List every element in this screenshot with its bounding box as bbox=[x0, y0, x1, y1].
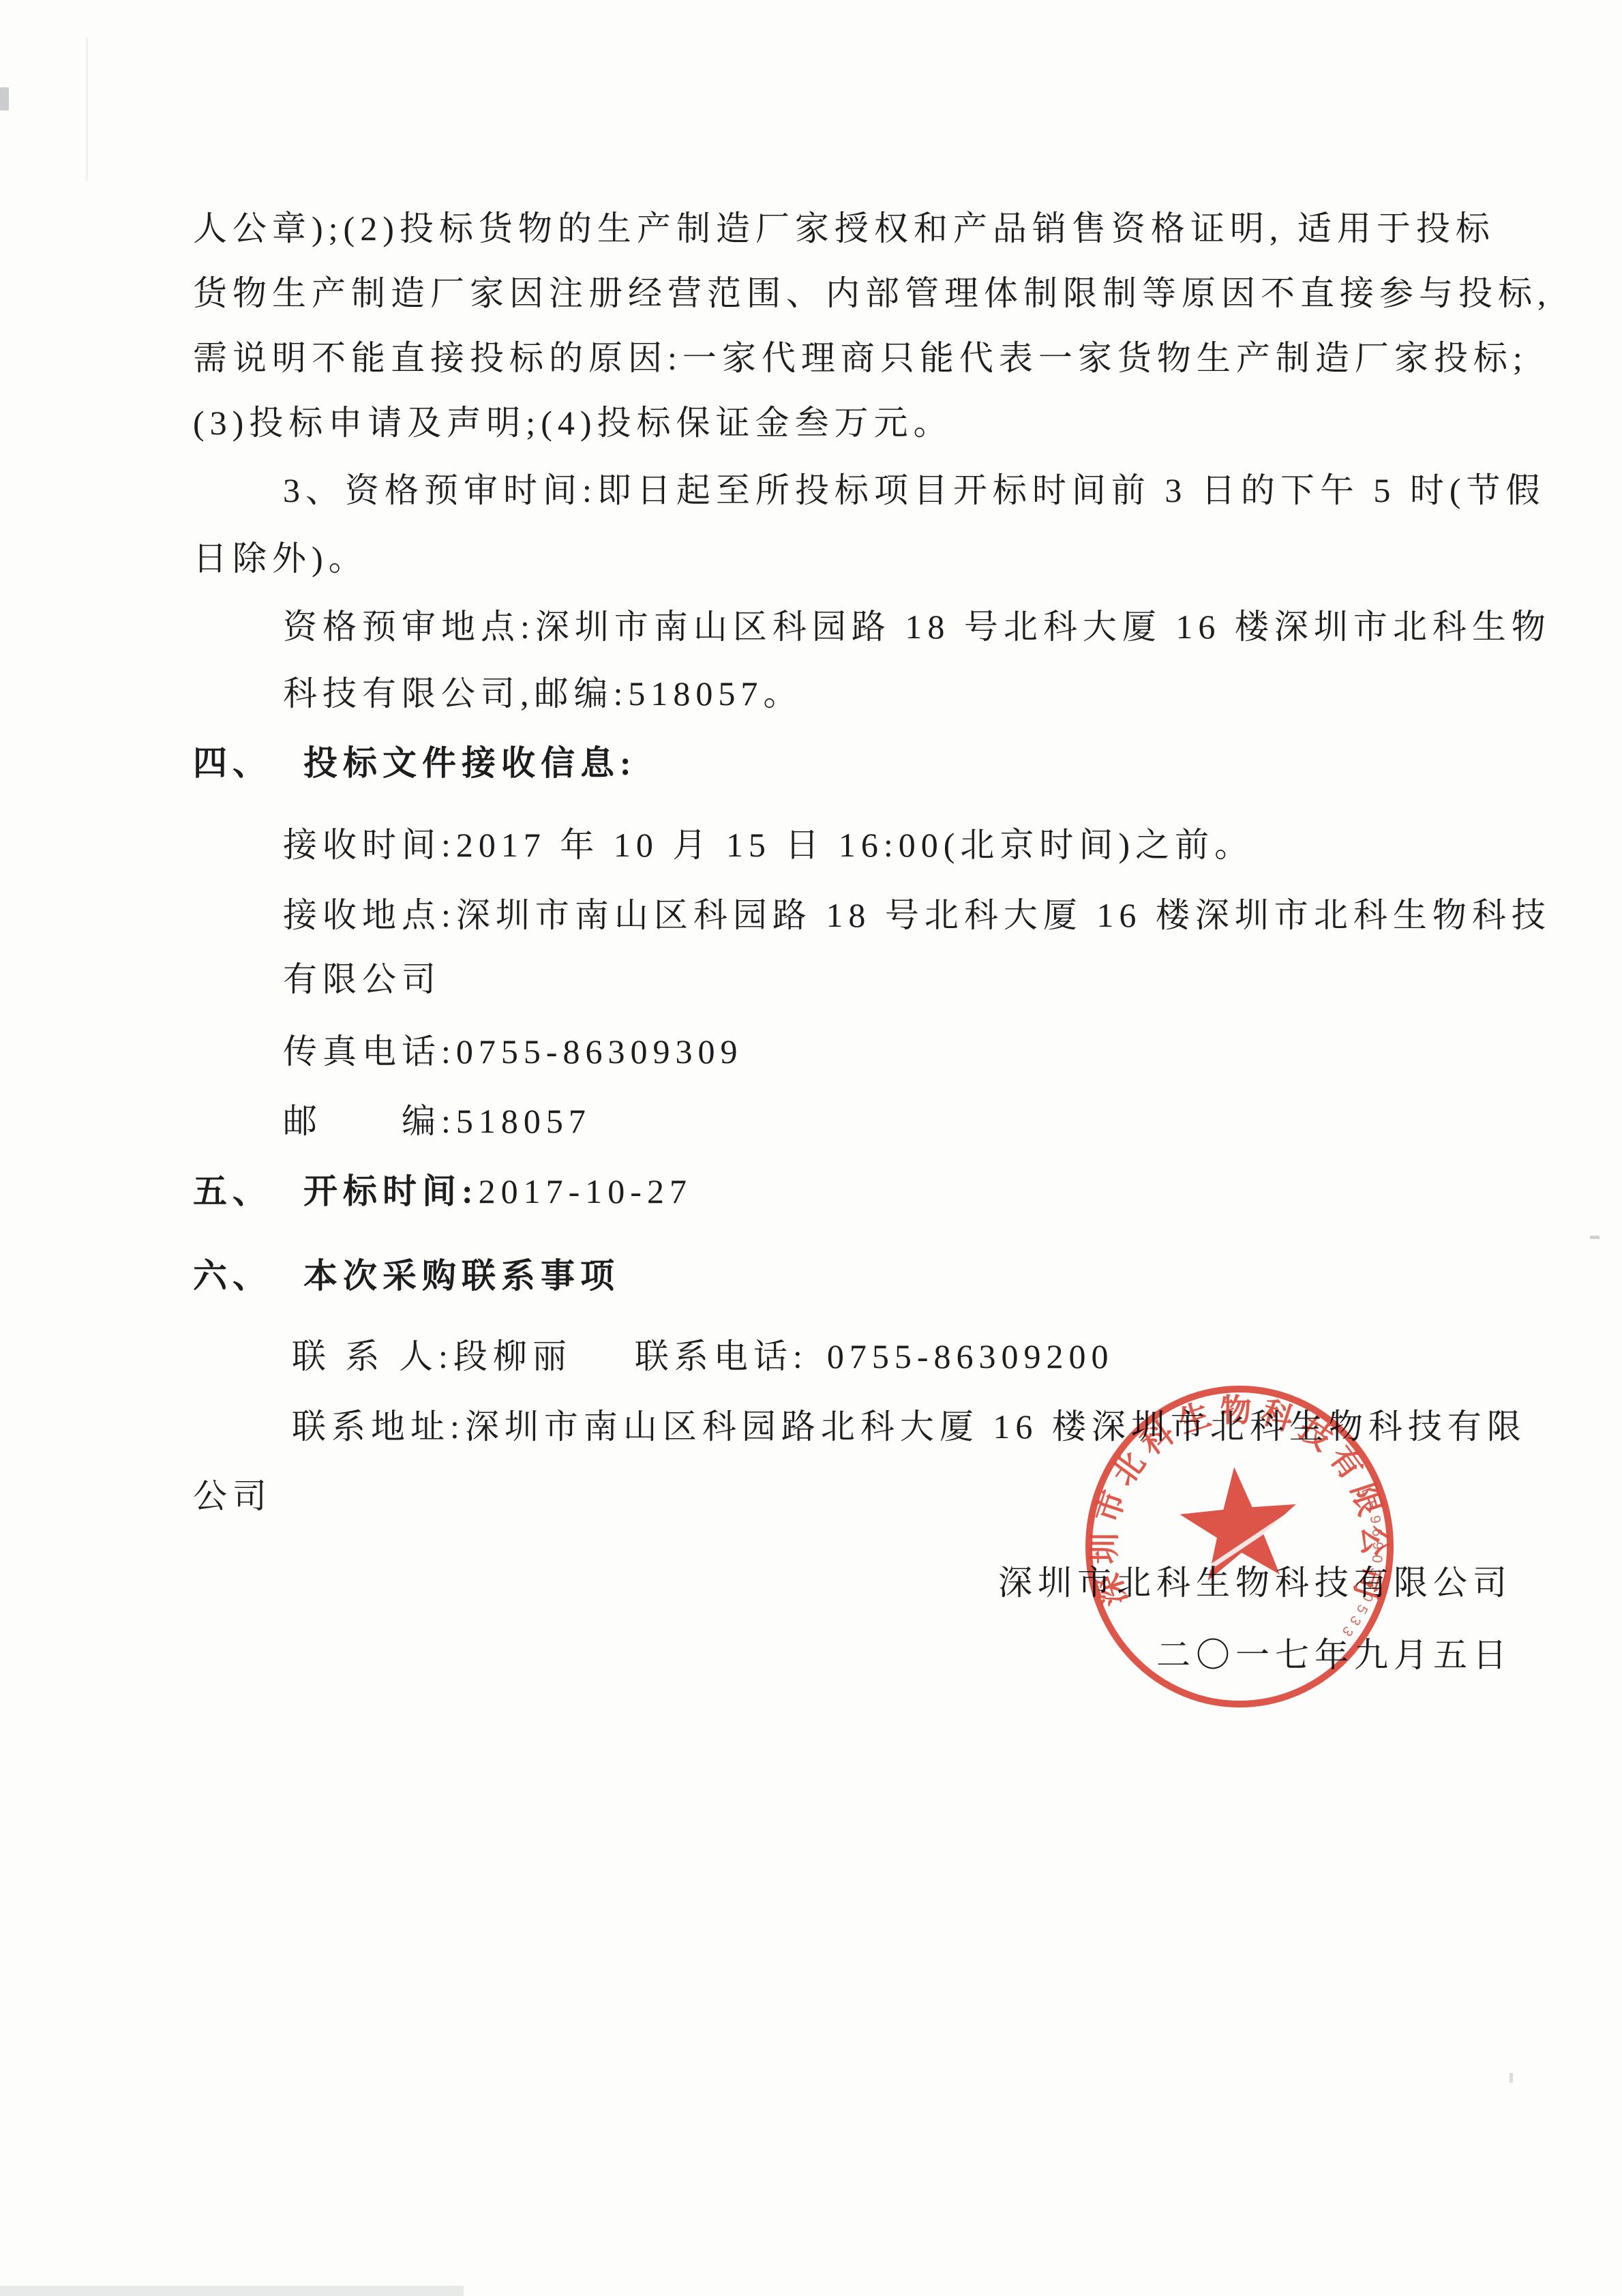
contact-addr-line1: 联系地址:深圳市南山区科园路北科大厦 16 楼深圳市北科生物科技有限 bbox=[292, 1407, 1527, 1446]
para1-line3: 需说明不能直接投标的原因:一家代理商只能代表一家货物生产制造厂家投标; bbox=[193, 338, 1528, 378]
para1-line4: (3)投标申请及声明;(4)投标保证金叁万元。 bbox=[193, 403, 953, 443]
section4-title: 投标文件接收信息: bbox=[303, 744, 637, 782]
contact-person-line: 联 系 人:段柳丽联系电话:0755-86309200 bbox=[292, 1337, 1113, 1376]
prequal-addr-line1: 资格预审地点:深圳市南山区科园路 18 号北科大厦 16 楼深圳市北科生物 bbox=[283, 607, 1551, 646]
postcode-line: 邮 编:518057 bbox=[283, 1101, 591, 1141]
para1-line1: 人公章);(2)投标货物的生产制造厂家授权和产品销售资格证明, 适用于投标 bbox=[193, 209, 1495, 248]
contact-phone-label: 联系电话: bbox=[635, 1337, 808, 1375]
fax-line: 传真电话:0755-86309309 bbox=[283, 1032, 743, 1071]
scan-shadow-bottom-edge bbox=[0, 2286, 464, 2296]
prequal-addr-line2: 科技有限公司,邮编:518057。 bbox=[283, 674, 802, 713]
signature-date: 二〇一七年九月五日 bbox=[1156, 1635, 1512, 1675]
section6-title: 本次采购联系事项 bbox=[303, 1257, 620, 1295]
section6-marker: 六、 bbox=[193, 1257, 272, 1295]
scan-speck-bottom bbox=[1510, 2073, 1513, 2083]
receive-time-line: 接收时间:2017 年 10 月 15 日 16:00(北京时间)之前。 bbox=[283, 825, 1254, 865]
receive-addr-line2: 有限公司 bbox=[283, 959, 441, 999]
section5-heading: 五、开标时间:2017-10-27 bbox=[193, 1172, 692, 1211]
para1-line2: 货物生产制造厂家因注册经营范围、内部管理体制限制等原因不直接参与投标, bbox=[193, 273, 1552, 313]
receive-addr-line1: 接收地点:深圳市南山区科园路 18 号北科大厦 16 楼深圳市北科生物科技 bbox=[283, 895, 1551, 935]
scan-streak-vertical bbox=[86, 38, 88, 181]
contact-person-name: 段柳丽 bbox=[453, 1337, 572, 1375]
scan-speck-right bbox=[1590, 1236, 1600, 1239]
contact-person-label: 联 系 人: bbox=[292, 1337, 453, 1375]
prequal-time-line1: 3、资格预审时间:即日起至所投标项目开标时间前 3 日的下午 5 时(节假 bbox=[283, 471, 1546, 510]
section5-title: 开标时间: bbox=[303, 1172, 479, 1210]
contact-phone-value: 0755-86309200 bbox=[827, 1337, 1114, 1375]
prequal-time-line2: 日除外)。 bbox=[193, 539, 368, 578]
contact-addr-line2: 公司 bbox=[193, 1476, 272, 1516]
section6-heading: 六、本次采购联系事项 bbox=[193, 1256, 620, 1296]
section4-heading: 四、投标文件接收信息: bbox=[193, 743, 637, 783]
scan-smudge-top-left bbox=[0, 87, 9, 110]
section5-marker: 五、 bbox=[193, 1172, 272, 1210]
section5-value: 2017-10-27 bbox=[479, 1172, 692, 1210]
scanned-document-page: 人公章);(2)投标货物的生产制造厂家授权和产品销售资格证明, 适用于投标 货物… bbox=[0, 0, 1622, 2296]
signature-company: 深圳市北科生物科技有限公司 bbox=[998, 1563, 1512, 1602]
section4-marker: 四、 bbox=[193, 744, 272, 782]
